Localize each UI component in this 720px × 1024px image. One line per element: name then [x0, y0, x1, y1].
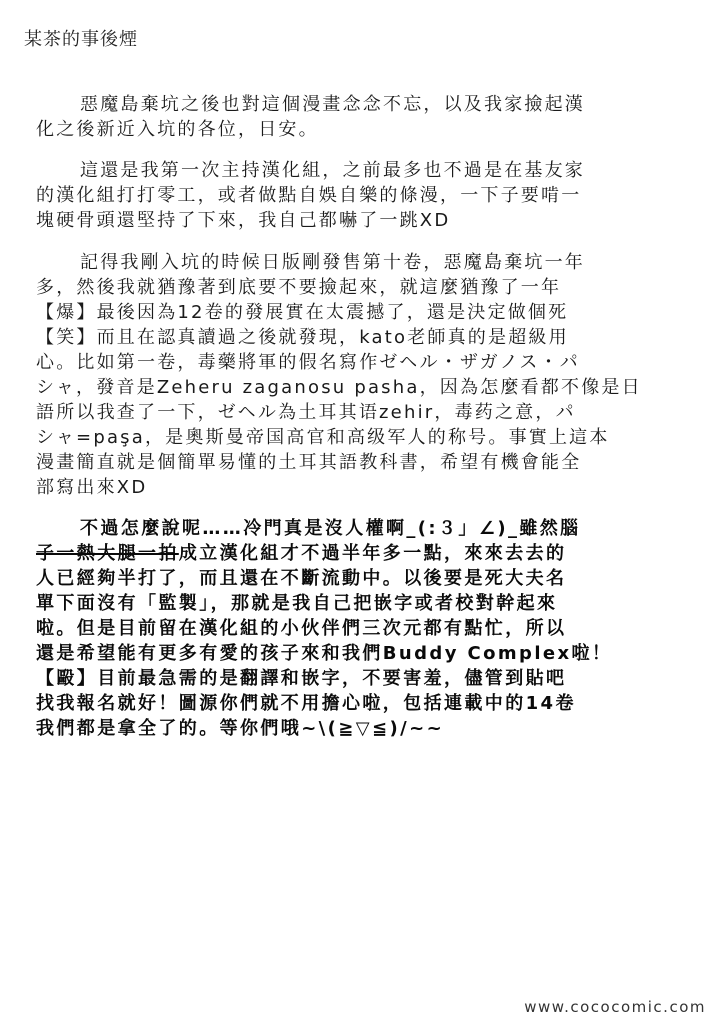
text-line: 我們都是拿全了的。等你們哦~\(≧▽≦)/~~: [36, 716, 646, 741]
strikethrough-text: 子一熱大腿一拍: [36, 543, 179, 564]
paragraph-first-time: 這還是我第一次主持漢化組，之前最多也不過是在基友家 的漢化組打打零工，或者做點自…: [36, 158, 646, 233]
text-line: 找我報名就好！圖源你們就不用擔心啦，包括連載中的14卷: [36, 691, 646, 716]
text-line: シャ，發音是Zeheru zaganosu pasha，因為怎麼看都不像是日: [36, 375, 646, 400]
page-title: 某茶的事後煙: [24, 28, 138, 52]
text-line: 多，然後我就猶豫著到底要不要撿起來，就這麼猶豫了一年: [36, 275, 646, 300]
text-line: 漫畫簡直就是個簡單易懂的土耳其語教科書，希望有機會能全: [36, 450, 646, 475]
text-line: 這還是我第一次主持漢化組，之前最多也不過是在基友家: [36, 158, 646, 183]
text-segment: 成立漢化組才不過半年多一點，來來去去的: [179, 543, 567, 564]
paragraph-history: 記得我剛入坑的時候日版剛發售第十卷，惡魔島棄坑一年 多，然後我就猶豫著到底要不要…: [36, 250, 646, 350]
text-line: 語所以我查了一下，ゼヘル為土耳其语zehir，毒药之意，パ: [36, 400, 646, 425]
paragraph-recruitment: 不過怎麼說呢……冷門真是沒人權啊_(:３」∠)_雖然腦 子一熱大腿一拍成立漢化組…: [36, 516, 646, 741]
text-line: 【爆】最後因為12卷的發展實在太震撼了，還是決定做個死: [36, 300, 646, 325]
text-line: 不過怎麼說呢……冷門真是沒人權啊_(:３」∠)_雖然腦: [36, 516, 646, 541]
text-line: 【笑】而且在認真讀過之後就發現，kato老師真的是超級用: [36, 325, 646, 350]
watermark: www.cococomic.com: [524, 998, 706, 1016]
text-line: 惡魔島棄坑之後也對這個漫畫念念不忘，以及我家撿起漢: [36, 92, 646, 117]
text-line: 化之後新近入坑的各位，日安。: [36, 117, 646, 142]
text-line: シャ=paşa，是奧斯曼帝国高官和高级军人的称号。事實上這本: [36, 425, 646, 450]
text-line: 單下面沒有「監製」，那就是我自己把嵌字或者校對幹起來: [36, 591, 646, 616]
text-line: 心。比如第一卷，毒藥將軍的假名寫作ゼヘル・ザガノス・パ: [36, 350, 646, 375]
text-line: 的漢化組打打零工，或者做點自娛自樂的條漫，一下子要啃一: [36, 183, 646, 208]
paragraph-turkish-names: 心。比如第一卷，毒藥將軍的假名寫作ゼヘル・ザガノス・パ シャ，發音是Zeheru…: [36, 350, 646, 500]
text-line: 啦。但是目前留在漢化組的小伙伴們三次元都有點忙，所以: [36, 616, 646, 641]
text-line: 人已經夠半打了，而且還在不斷流動中。以後要是死大夫名: [36, 566, 646, 591]
text-line: 記得我剛入坑的時候日版剛發售第十卷，惡魔島棄坑一年: [36, 250, 646, 275]
text-line: 【毆】目前最急需的是翻譯和嵌字，不要害羞，儘管到貼吧: [36, 666, 646, 691]
text-line: 還是希望能有更多有愛的孩子來和我們Buddy Complex啦！: [36, 641, 646, 666]
text-line: 部寫出來XD: [36, 475, 646, 500]
text-line: 塊硬骨頭還堅持了下來，我自己都嚇了一跳XD: [36, 208, 646, 233]
paragraph-greeting: 惡魔島棄坑之後也對這個漫畫念念不忘，以及我家撿起漢 化之後新近入坑的各位，日安。: [36, 92, 646, 142]
text-line-with-strikethrough: 子一熱大腿一拍成立漢化組才不過半年多一點，來來去去的: [36, 541, 646, 566]
